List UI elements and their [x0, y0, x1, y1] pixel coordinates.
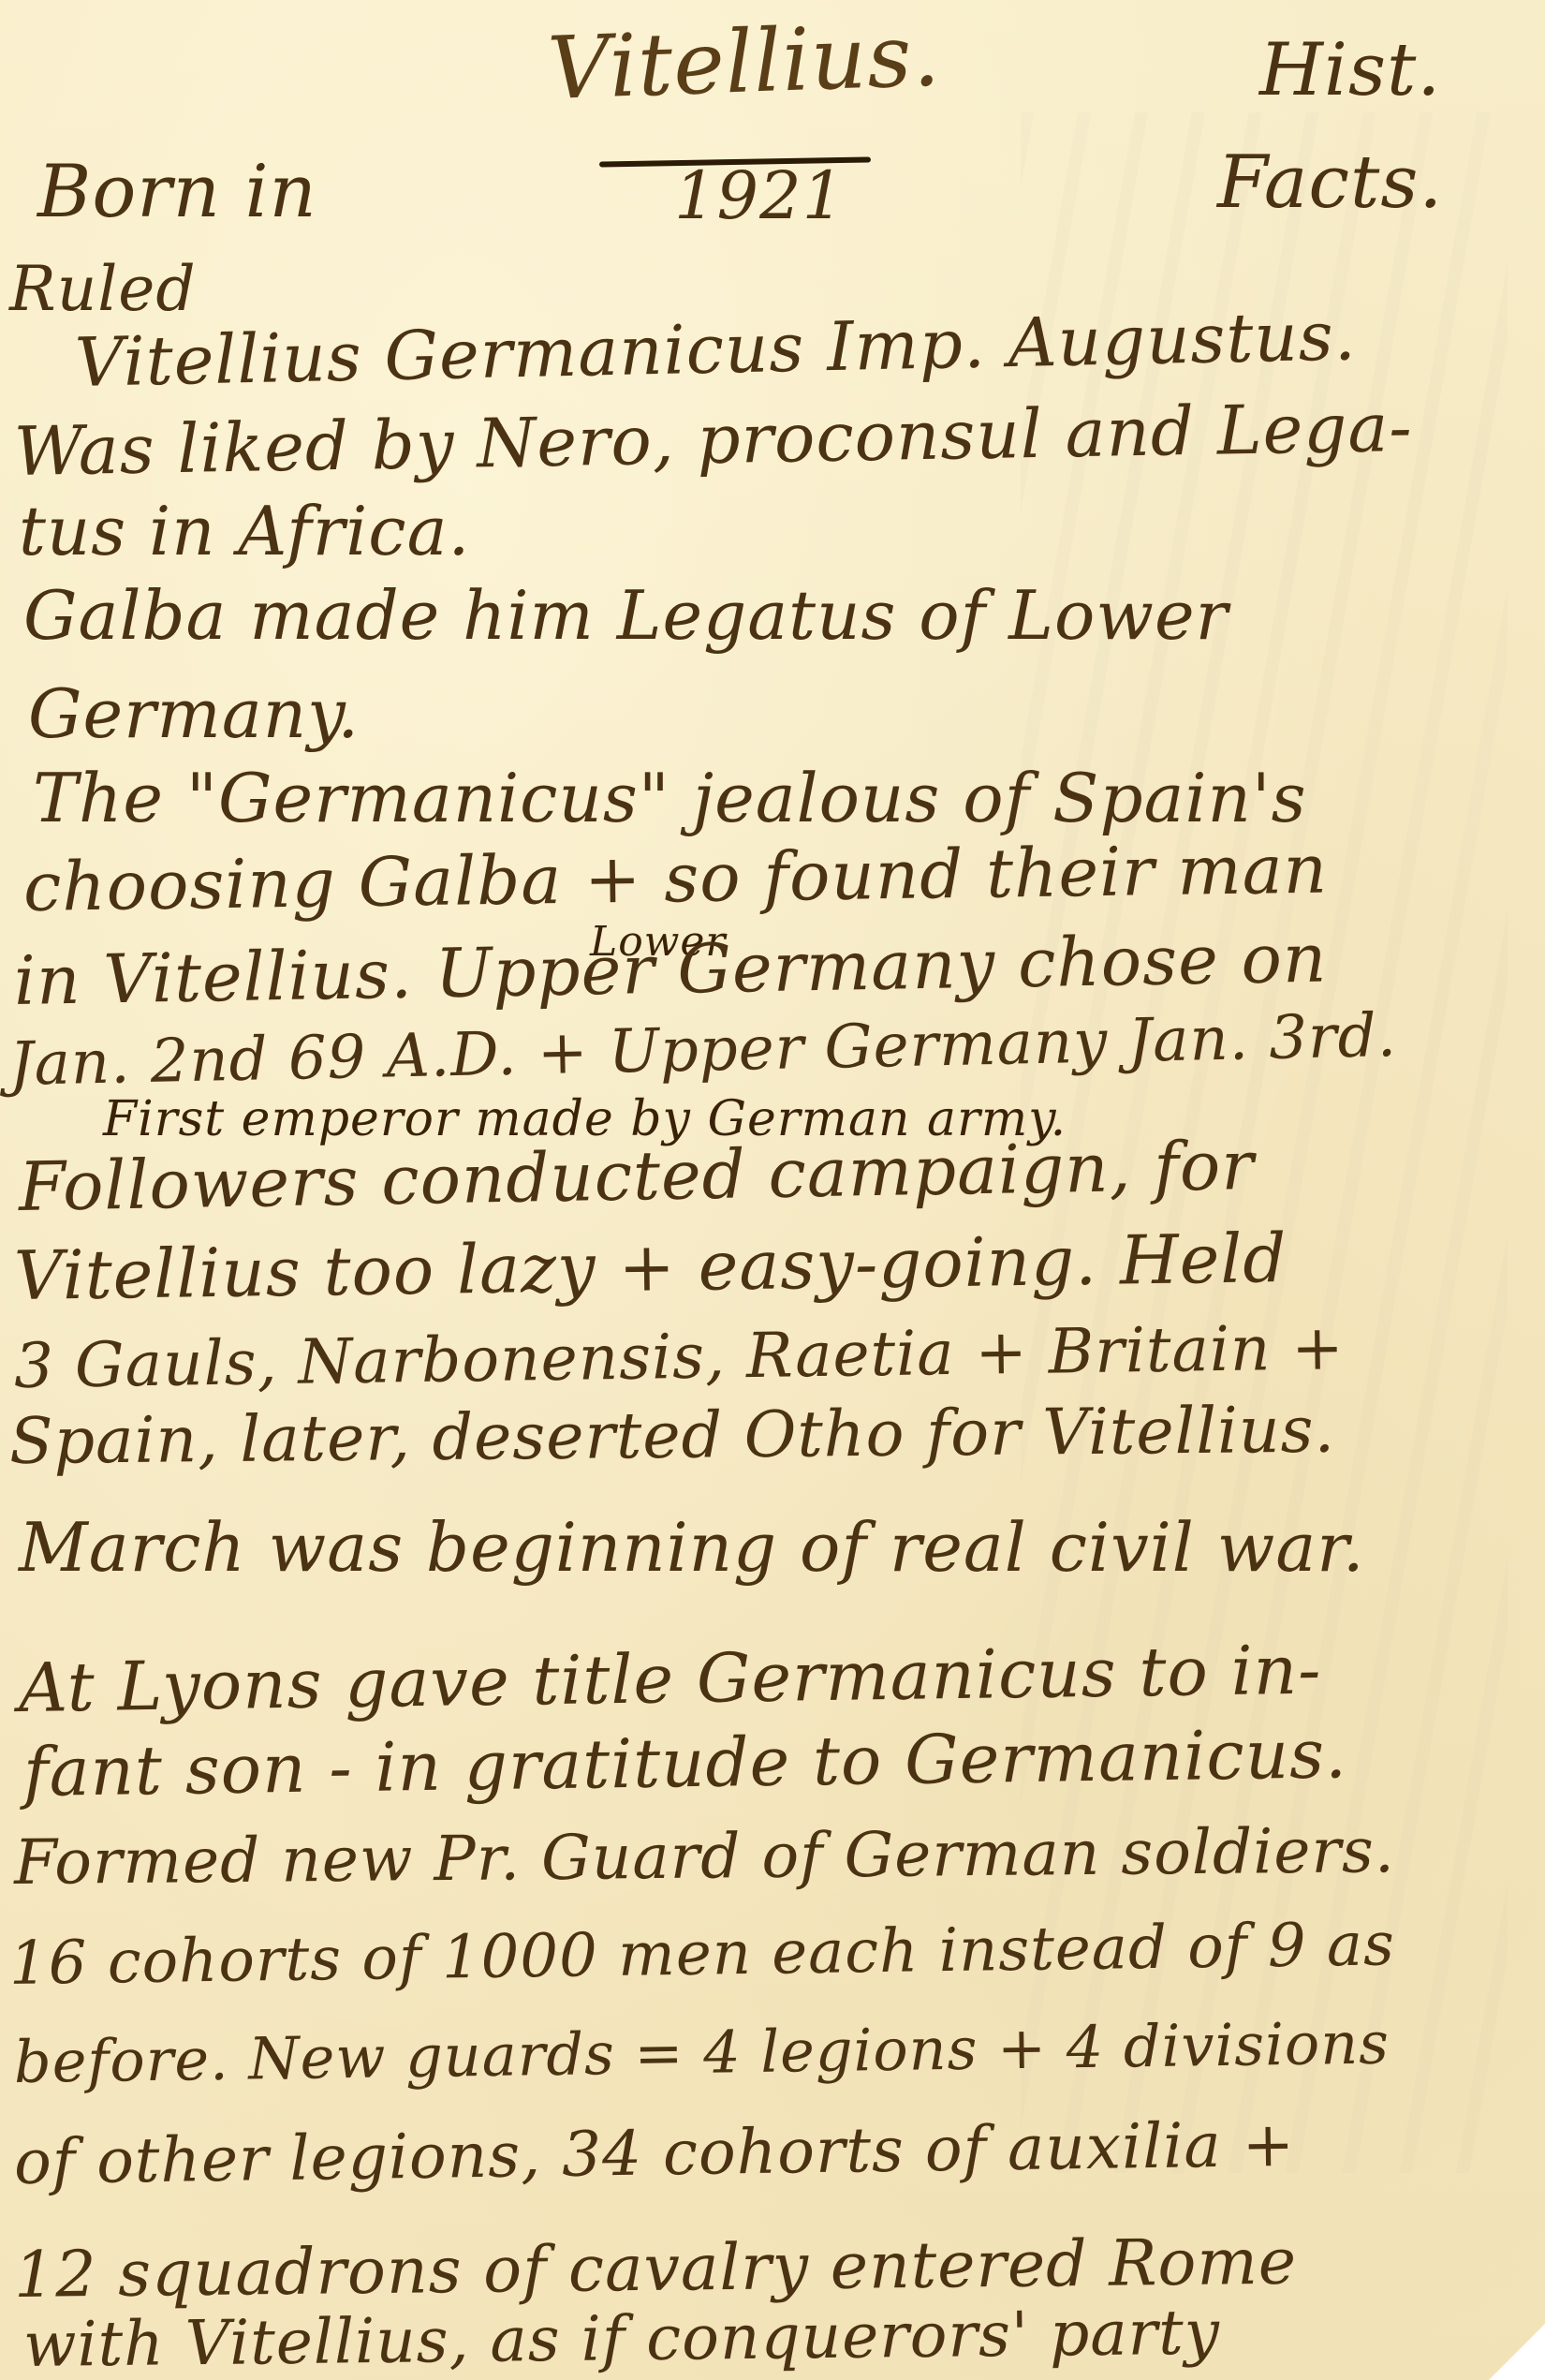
header-date: 1921 — [674, 157, 845, 234]
header-label-born-in: Born in — [37, 150, 317, 234]
note-line-7: The "Germanicus" jealous of Spain's — [33, 759, 1307, 837]
note-line-6: Germany. — [28, 674, 360, 753]
page-corner-fold — [1489, 2324, 1545, 2380]
note-line-14: Spain, later, deserted Otho for Vitelliu… — [9, 1394, 1336, 1479]
page-title: Vitellius. — [546, 5, 942, 119]
note-line-1: Ruled — [9, 253, 197, 325]
note-line-15: March was beginning of real civil war. — [19, 1508, 1365, 1587]
header-label-facts: Facts. — [1217, 140, 1443, 225]
note-line-5: Galba made him Legatus of Lower — [23, 576, 1229, 655]
note-line-18: Formed new Pr. Guard of German soldiers. — [14, 1814, 1395, 1899]
header-label-hist: Hist. — [1259, 28, 1441, 112]
note-line-4: tus in Africa. — [19, 492, 470, 570]
note-line-23: with Vitellius, as if conquerors' party — [23, 2297, 1221, 2380]
